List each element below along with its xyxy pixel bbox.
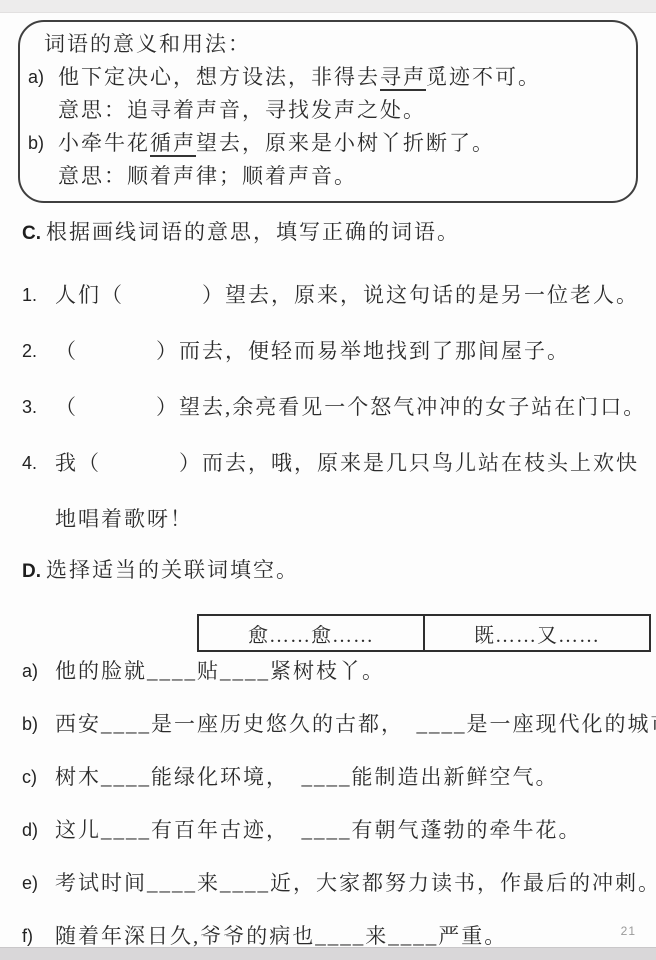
meaning-line: 意思：顺着声律；顺着声音。 [28, 160, 624, 193]
exercise-label: e) [22, 870, 55, 896]
exercise-text: 树木____能绿化环境， ____能制造出新鲜空气。 [55, 764, 559, 790]
box-title: 词语的意义和用法： [28, 28, 624, 61]
blank-parens-pre: 人们（ [55, 283, 124, 307]
exercise-item-e: e) 考试时间____来____近，大家都努力读书，作最后的冲刺。 [22, 870, 656, 896]
exercise-label: d) [22, 817, 55, 843]
item-text-pre: 小牵牛花 [58, 131, 150, 155]
blank-parens-pre: 我（ [55, 451, 101, 475]
blank-parens-post: ）望去,余亮看见一个怒气冲冲的女子站在门口。 [156, 395, 646, 419]
blank-parens-pre: （ [55, 339, 78, 363]
word-bank-cell-1: 愈……愈…… [199, 616, 423, 650]
box-item-a: a) 他下定决心，想方设法，非得去寻声觅迹不可。 [28, 61, 624, 94]
section-c-heading: C.根据画线词语的意思，填写正确的词语。 [22, 219, 656, 248]
meaning-line: 意思：追寻着声音，寻找发声之处。 [28, 94, 624, 127]
exercise-label: c) [22, 764, 55, 790]
question-text: （）而去，便轻而易举地找到了那间屋子。 [55, 338, 570, 364]
word-bank-table: 愈……愈…… 既……又…… [197, 614, 651, 652]
exercise-item-b: b) 西安____是一座历史悠久的古都， ____是一座现代化的城市。 [22, 711, 656, 737]
worksheet-page: 词语的意义和用法： a) 他下定决心，想方设法，非得去寻声觅迹不可。 意思：追寻… [0, 0, 656, 960]
question-item-3: 3. （）望去,余亮看见一个怒气冲冲的女子站在门口。 [22, 394, 656, 420]
item-text-post: 望去，原来是小树丫折断了。 [196, 131, 495, 155]
exercise-text: 他的脸就____贴____紧树枝丫。 [55, 658, 385, 684]
exercise-text: 西安____是一座历史悠久的古都， ____是一座现代化的城市。 [55, 711, 656, 737]
item-label: b) [28, 127, 58, 160]
blank-parens-post: ）望去，原来，说这句话的是另一位老人。 [202, 283, 639, 307]
item-text: 他下定决心，想方设法，非得去寻声觅迹不可。 [58, 61, 541, 94]
underlined-word: 寻声 [380, 65, 426, 91]
section-d-heading-text: 选择适当的关联词填空。 [46, 558, 299, 582]
question-text: （）望去,余亮看见一个怒气冲冲的女子站在门口。 [55, 394, 646, 420]
question-number: 2. [22, 338, 55, 364]
exercise-item-a: a) 他的脸就____贴____紧树枝丫。 [22, 658, 656, 684]
section-d-heading: D.选择适当的关联词填空。 [22, 557, 656, 586]
question-number: 4. [22, 450, 55, 476]
question-item-4-continuation: 地唱着歌呀！ [55, 506, 656, 532]
item-text-post: 觅迹不可。 [426, 65, 541, 89]
box-item-b: b) 小牵牛花循声望去，原来是小树丫折断了。 [28, 127, 624, 160]
exercise-label: f) [22, 923, 55, 949]
exercise-label: b) [22, 711, 55, 737]
question-text: 人们（）望去，原来，说这句话的是另一位老人。 [55, 282, 639, 308]
blank-parens-pre: （ [55, 395, 78, 419]
definition-box: 词语的意义和用法： a) 他下定决心，想方设法，非得去寻声觅迹不可。 意思：追寻… [18, 20, 638, 203]
question-text: 我（）而去，哦，原来是几只鸟儿站在枝头上欢快 [55, 450, 639, 476]
section-d-label: D. [22, 561, 41, 582]
top-edge [0, 0, 656, 13]
item-label: a) [28, 61, 58, 94]
exercise-item-d: d) 这儿____有百年古迹， ____有朝气蓬勃的牵牛花。 [22, 817, 656, 843]
exercise-item-c: c) 树木____能绿化环境， ____能制造出新鲜空气。 [22, 764, 656, 790]
question-number: 1. [22, 282, 55, 308]
section-c-label: C. [22, 223, 41, 244]
item-text: 小牵牛花循声望去，原来是小树丫折断了。 [58, 127, 495, 160]
blank-parens-post: ）而去，哦，原来是几只鸟儿站在枝头上欢快 [179, 451, 639, 475]
page-number: 21 [621, 924, 636, 938]
question-item-4: 4. 我（）而去，哦，原来是几只鸟儿站在枝头上欢快 [22, 450, 656, 476]
blank-parens-post: ）而去，便轻而易举地找到了那间屋子。 [156, 339, 570, 363]
question-item-2: 2. （）而去，便轻而易举地找到了那间屋子。 [22, 338, 656, 364]
section-c-heading-text: 根据画线词语的意思，填写正确的词语。 [46, 220, 460, 244]
underlined-word: 循声 [150, 131, 196, 157]
exercise-item-f: f) 随着年深日久,爷爷的病也____来____严重。 [22, 923, 656, 949]
exercise-text: 这儿____有百年古迹， ____有朝气蓬勃的牵牛花。 [55, 817, 582, 843]
exercise-label: a) [22, 658, 55, 684]
exercise-text: 考试时间____来____近，大家都努力读书，作最后的冲刺。 [55, 870, 656, 896]
question-number: 3. [22, 394, 55, 420]
item-text-pre: 他下定决心，想方设法，非得去 [58, 65, 380, 89]
exercise-text: 随着年深日久,爷爷的病也____来____严重。 [55, 923, 507, 949]
question-item-1: 1. 人们（）望去，原来，说这句话的是另一位老人。 [22, 282, 656, 308]
word-bank-cell-2: 既……又…… [423, 616, 649, 650]
bottom-edge [0, 947, 656, 960]
